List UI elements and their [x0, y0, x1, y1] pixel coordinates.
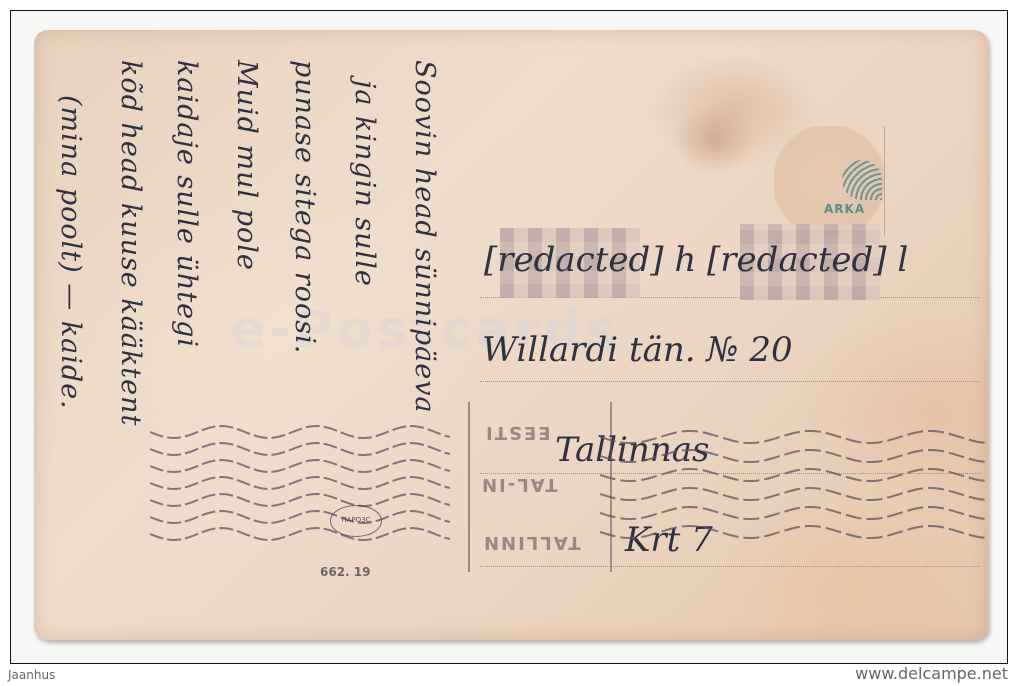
message-line: punase sitega roosi.: [289, 60, 320, 354]
address-street: Willardi tän. № 20: [482, 330, 793, 370]
message-line: Muid mul pole: [231, 60, 262, 271]
stamp-text: ARKA: [824, 202, 865, 216]
cancellation-waves-right: [600, 425, 990, 555]
site-credit[interactable]: www.delcampe.net: [855, 664, 1008, 683]
postmark-text: TALLINN: [482, 532, 581, 553]
address-recipient: [redacted] h [redacted] l: [484, 240, 908, 280]
message-line: kaidaje sulle ühtegi: [171, 60, 202, 348]
cancellation-waves-left: [150, 420, 450, 560]
message-line: kõd head kuuse kääktent: [115, 60, 146, 426]
stamp-logo-icon: [842, 160, 882, 200]
postmark-frame: EESTI TAL-IN TALLINN: [468, 402, 612, 572]
postmark-text: TAL-IN: [480, 474, 558, 495]
message-line: (mina poolt) — kaide.: [55, 95, 86, 410]
postmark-text: EESTI: [484, 422, 551, 443]
uploader-credit: Jaanhus: [8, 668, 55, 682]
message-line: ja kingin sulle: [349, 80, 380, 287]
printer-oval-mark: ПАРОЗС: [330, 505, 382, 537]
message-line: Soovin head sünnipäeva: [409, 60, 440, 414]
printer-code: 662. 19: [320, 565, 370, 579]
address-guide-line: [480, 381, 980, 382]
